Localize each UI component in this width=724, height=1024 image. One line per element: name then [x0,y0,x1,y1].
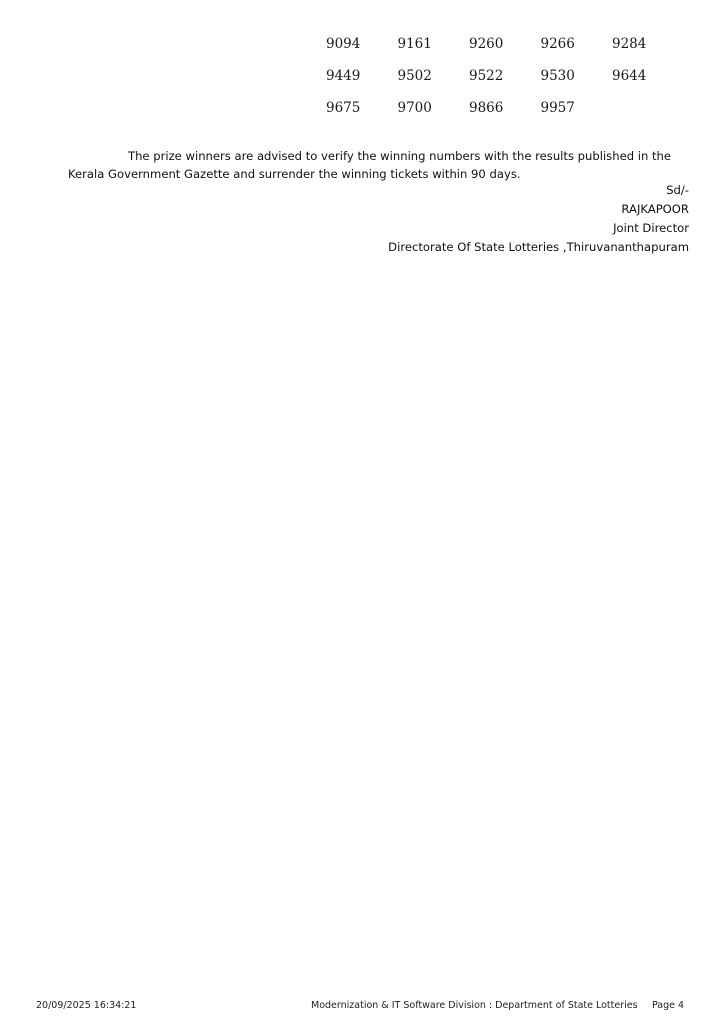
winning-number: 9522 [469,68,541,84]
winning-number: 9161 [398,36,470,52]
winning-number: 9530 [541,68,613,84]
winning-number: 9700 [398,100,470,116]
numbers-row: 9675 9700 9866 9957 [326,92,684,124]
winning-number: 9260 [469,36,541,52]
winning-number: 9094 [326,36,398,52]
signatory-office: Directorate Of State Lotteries ,Thiruvan… [388,238,689,257]
winning-number: 9502 [398,68,470,84]
footer-division: Modernization & IT Software Division : D… [311,1000,638,1011]
prize-notice: The prize winners are advised to verify … [68,147,688,183]
footer-timestamp: 20/09/2025 16:34:21 [36,1000,136,1011]
signatory-name: RAJKAPOOR [388,200,689,219]
signature-sd: Sd/- [388,181,689,200]
winning-number: 9675 [326,100,398,116]
winning-number: 9449 [326,68,398,84]
winning-number: 9957 [541,100,613,116]
winning-numbers-grid: 9094 9161 9260 9266 9284 9449 9502 9522 … [326,28,684,124]
numbers-row: 9094 9161 9260 9266 9284 [326,28,684,60]
winning-number: 9284 [612,36,684,52]
winning-number: 9866 [469,100,541,116]
signature-block: Sd/- RAJKAPOOR Joint Director Directorat… [388,181,689,257]
notice-text: The prize winners are advised to verify … [68,147,688,183]
footer-page-number: Page 4 [652,1000,684,1011]
winning-number: 9644 [612,68,684,84]
winning-number: 9266 [541,36,613,52]
numbers-row: 9449 9502 9522 9530 9644 [326,60,684,92]
signatory-designation: Joint Director [388,219,689,238]
